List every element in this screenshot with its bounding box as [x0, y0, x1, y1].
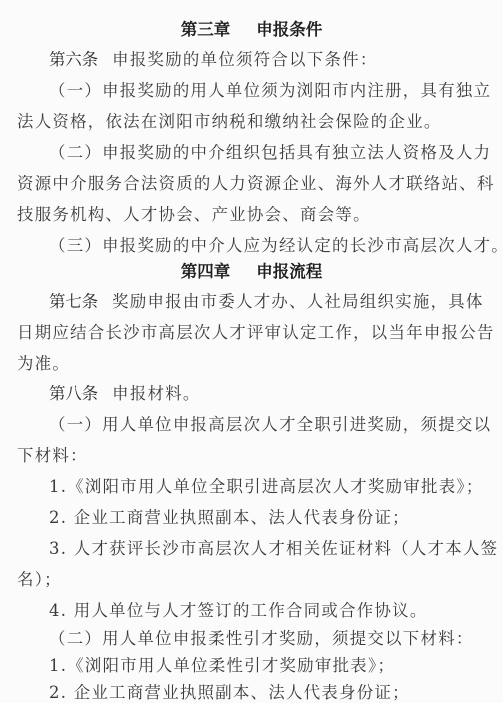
item-2-line-1: （二）申报奖励的中介组织包括具有独立法人资格及人力 — [0, 143, 503, 163]
section-1-item-4: 4. 用人单位与人才签订的工作合同或合作协议。 — [0, 601, 503, 621]
section-1-item-3: 3. 人才获评长沙市高层次人才相关佐证材料（人才本人签 — [0, 539, 503, 559]
article-7-line-1: 第七条奖励申报由市委人才办、人社局组织实施，具体 — [0, 292, 503, 312]
section-2-item-2: 2. 企业工商营业执照副本、法人代表身份证； — [0, 683, 503, 703]
chapter-4-heading: 第四章申报流程 — [0, 262, 503, 282]
item-2-line-3: 技服务机构、人才协会、产业协会、商会等。 — [0, 205, 503, 225]
section-2-item-1: 1.《浏阳市用人单位柔性引才奖励审批表》； — [0, 656, 503, 676]
section-1-item-2: 2. 企业工商营业执照副本、法人代表身份证； — [0, 508, 503, 528]
article-7-line-2: 日期应结合长沙市高层次人才评审认定工作，以当年申报公告 — [0, 323, 503, 343]
chapter-3-heading: 第三章申报条件 — [0, 20, 503, 40]
article-text: 申报奖励的单位须符合以下条件： — [112, 50, 377, 69]
article-6: 第六条申报奖励的单位须符合以下条件： — [0, 50, 503, 70]
item-2-line-2: 资源中介服务合法资质的人力资源企业、海外人才联络站、科 — [0, 174, 503, 194]
article-8: 第八条申报材料。 — [0, 384, 503, 404]
item-3-line-1: （三）申报奖励的中介人应为经认定的长沙市高层次人才。 — [0, 236, 503, 256]
chapter-title: 申报流程 — [256, 262, 322, 281]
item-1-line-2: 法人资格，依法在浏阳市纳税和缴纳社会保险的企业。 — [0, 112, 503, 132]
section-1-item-1: 1.《浏阳市用人单位全职引进高层次人才奖励审批表》； — [0, 477, 503, 497]
article-text: 奖励申报由市委人才办、人社局组织实施，具体 — [112, 292, 484, 311]
article-label: 第八条 — [49, 384, 98, 403]
item-1-line-1: （一）申报奖励的用人单位须为浏阳市内注册，具有独立 — [0, 81, 503, 101]
chapter-title: 申报条件 — [256, 20, 322, 39]
section-1-line-2: 下材料： — [0, 446, 503, 466]
section-2-line-1: （二）用人单位申报柔性引才奖励，须提交以下材料： — [0, 629, 503, 649]
article-7-line-3: 为准。 — [0, 354, 503, 374]
section-1-line-1: （一）用人单位申报高层次人才全职引进奖励，须提交以 — [0, 415, 503, 435]
document-page: 第三章申报条件 第六条申报奖励的单位须符合以下条件： （一）申报奖励的用人单位须… — [0, 0, 503, 703]
chapter-number: 第四章 — [181, 262, 231, 281]
article-text: 申报材料。 — [112, 384, 200, 403]
article-label: 第七条 — [49, 292, 98, 311]
article-label: 第六条 — [49, 50, 98, 69]
chapter-number: 第三章 — [181, 20, 231, 39]
section-1-item-3-cont: 名）； — [0, 570, 503, 590]
